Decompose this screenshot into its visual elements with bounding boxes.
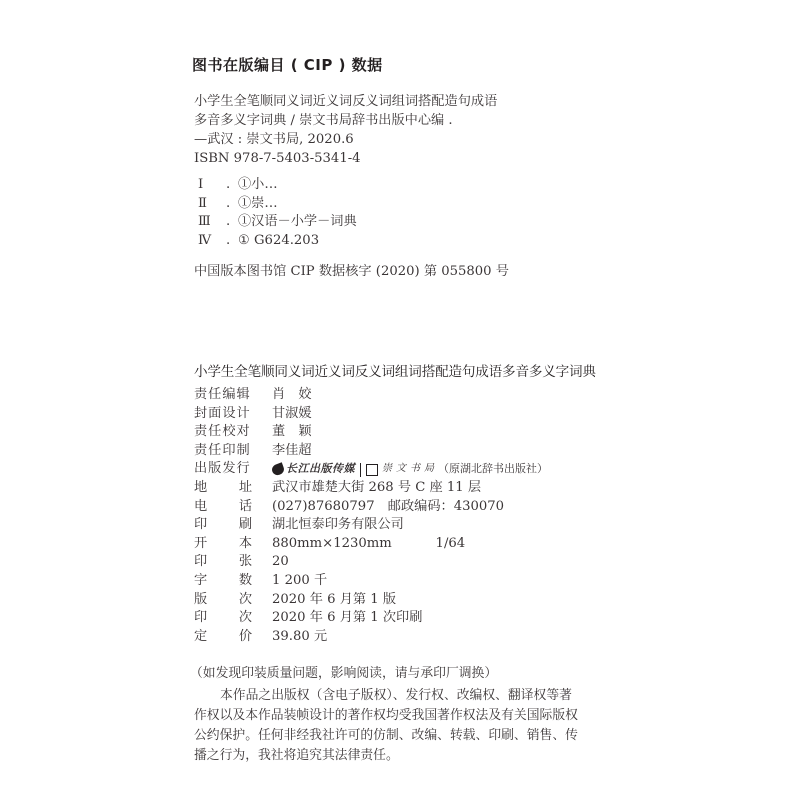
detail-label: 地址 (194, 479, 252, 498)
roman-numeral: Ⅱ (194, 195, 226, 214)
detail-row: 地址 武汉市雄楚大街 268 号 C 座 11 层 (194, 479, 548, 498)
detail-row: 电话 (027)87680797 邮政编码：430070 (194, 498, 548, 517)
detail-label: 字数 (194, 572, 252, 591)
divider (360, 463, 361, 477)
credit-label: 责任印制 (194, 442, 272, 461)
detail-label: 电话 (194, 498, 252, 517)
credit-row: 责任校对 董 颖 (194, 423, 548, 442)
quality-notice: （如发现印装质量问题，影响阅读，请与承印厂调换） (190, 662, 497, 681)
phone-postcode: (027)87680797 邮政编码：430070 (272, 498, 504, 517)
detail-label: 版次 (194, 591, 252, 610)
detail-row: 版次 2020 年 6 月第 1 版 (194, 591, 548, 610)
copyright-line: 公约保护。任何非经我社许可的仿制、改编、转载、印刷、销售、传 (194, 726, 614, 746)
classification-row: Ⅰ . ①小… (194, 176, 357, 195)
cip-heading: 图书在版编目 ( CIP ) 数据 (192, 54, 383, 75)
price: 39.80 元 (272, 628, 327, 647)
edition: 2020 年 6 月第 1 版 (272, 591, 396, 610)
copyright-line: 播之行为，我社将追究其法律责任。 (194, 746, 614, 766)
credit-row: 责任编辑 肖 姣 (194, 386, 548, 405)
detail-row: 定价 39.80 元 (194, 628, 548, 647)
credit-value: 甘淑媛 (272, 405, 312, 424)
roman-numeral: Ⅲ (194, 213, 226, 232)
detail-label: 印张 (194, 553, 252, 572)
copyright-page: 图书在版编目 ( CIP ) 数据 小学生全笔顺同义词近义词反义词组词搭配造句成… (0, 0, 800, 800)
publisher-logo: 长江出版传媒 崇文书局 （原湖北辞书出版社） (272, 460, 548, 479)
classification-text: ①崇… (238, 195, 278, 214)
publisher-brand: 长江出版传媒 (286, 460, 355, 479)
roman-numeral: Ⅳ (194, 232, 226, 251)
detail-row: 印次 2020 年 6 月第 1 次印刷 (194, 609, 548, 628)
publisher-imprint: 崇文书局 (382, 460, 438, 479)
roman-numeral: Ⅰ (194, 176, 226, 195)
classification-list: Ⅰ . ①小… Ⅱ . ①崇… Ⅲ . ①汉语－小学－词典 Ⅳ . ① G624… (194, 176, 357, 250)
detail-row: 印刷 湖北恒泰印务有限公司 (194, 516, 548, 535)
detail-label: 印次 (194, 609, 252, 628)
classification-text: ①小… (238, 176, 278, 195)
printer: 湖北恒泰印务有限公司 (272, 516, 404, 535)
book-title: 小学生全笔顺同义词近义词反义词组词搭配造句成语多音多义字词典 (194, 360, 596, 380)
word-count: 1 200 千 (272, 572, 327, 591)
copyright-line: 作权以及本作品装帧设计的著作权均受我国著作权法及有关国际版权 (194, 706, 614, 726)
classification-text: ①汉语－小学－词典 (238, 213, 357, 232)
copyright-statement: 本作品之出版权（含电子版权）、发行权、改编权、翻译权等著 作权以及本作品装帧设计… (194, 686, 614, 766)
credit-label: 封面设计 (194, 405, 272, 424)
credit-value: 肖 姣 (272, 386, 312, 405)
detail-row: 开本 880mm×1230mm 1/64 (194, 535, 548, 554)
cip-record: 小学生全笔顺同义词近义词反义词组词搭配造句成语 多音多义字词典 / 崇文书局辞书… (194, 92, 497, 168)
detail-label: 定价 (194, 628, 252, 647)
credit-row: 封面设计 甘淑媛 (194, 405, 548, 424)
classification-row: Ⅲ . ①汉语－小学－词典 (194, 213, 357, 232)
credits-list: 责任编辑 肖 姣 封面设计 甘淑媛 责任校对 董 颖 责任印制 李佳超 出版发行… (194, 386, 548, 646)
printing: 2020 年 6 月第 1 次印刷 (272, 609, 422, 628)
classification-row: Ⅱ . ①崇… (194, 195, 357, 214)
isbn: ISBN 978-7-5403-5341-4 (194, 149, 497, 168)
credit-value: 李佳超 (272, 442, 312, 461)
sheets: 20 (272, 553, 289, 572)
address: 武汉市雄楚大街 268 号 C 座 11 层 (272, 479, 481, 498)
classification-row: Ⅳ . ① G624.203 (194, 232, 357, 251)
publisher-note: （原湖北辞书出版社） (438, 460, 548, 479)
detail-label: 开本 (194, 535, 252, 554)
cip-number: 中国版本图书馆 CIP 数据核字 (2020) 第 055800 号 (194, 260, 509, 279)
cip-line: —武汉 : 崇文书局, 2020.6 (194, 130, 497, 149)
credit-row: 责任印制 李佳超 (194, 442, 548, 461)
credit-value: 董 颖 (272, 423, 312, 442)
credit-label: 责任校对 (194, 423, 272, 442)
changjiang-logo-icon (270, 462, 285, 476)
publisher-row: 出版发行 长江出版传媒 崇文书局 （原湖北辞书出版社） (194, 460, 548, 479)
detail-row: 字数 1 200 千 (194, 572, 548, 591)
detail-row: 印张 20 (194, 553, 548, 572)
cip-line: 小学生全笔顺同义词近义词反义词组词搭配造句成语 (194, 92, 497, 111)
credit-label: 责任编辑 (194, 386, 272, 405)
cip-line: 多音多义字词典 / 崇文书局辞书出版中心编 . (194, 111, 497, 130)
credit-label: 出版发行 (194, 460, 272, 479)
copyright-line: 本作品之出版权（含电子版权）、发行权、改编权、翻译权等著 (194, 686, 614, 706)
format: 880mm×1230mm 1/64 (272, 535, 465, 554)
classification-text: ① G624.203 (238, 232, 319, 251)
detail-label: 印刷 (194, 516, 252, 535)
seal-icon (366, 464, 378, 476)
